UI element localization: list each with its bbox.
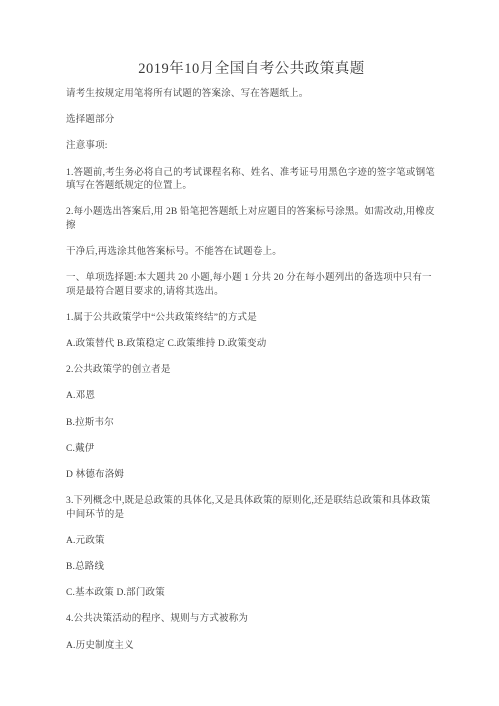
exam-document-page: 2019年10月全国自考公共政策真题 请考生按规定用笔将所有试题的答案涂、写在答… — [0, 0, 499, 706]
question-2-option-c: C.戴伊 — [66, 443, 437, 457]
question-4-option-a: A.历史制度主义 — [66, 640, 437, 654]
notes-label: 注意事项: — [66, 140, 437, 154]
exam-title: 2019年10月全国自考公共政策真题 — [66, 60, 437, 79]
question-4-stem: 4.公共决策活动的程序、规则与方式被称为 — [66, 613, 437, 627]
question-2-option-b: B.拉斯韦尔 — [66, 417, 437, 431]
question-1-options: A.政策替代 B.政策稳定 C.政策维持 D.政策变动 — [66, 338, 437, 352]
question-3-option-b: B.总路线 — [66, 561, 437, 575]
note-item-1: 1.答题前,考生务必将自己的考试课程名称、姓名、准考证号用黑色字迹的签字笔或钢笔… — [66, 167, 437, 194]
question-3-option-a: A.元政策 — [66, 535, 437, 549]
question-2-stem: 2.公共政策学的创立者是 — [66, 364, 437, 378]
question-1-stem: 1.属于公共政策学中“公共政策终结”的方式是 — [66, 312, 437, 326]
question-3-options-cd: C.基本政策 D.部门政策 — [66, 587, 437, 601]
question-2-option-d: D 林德布洛姆 — [66, 469, 437, 483]
question-2-option-a: A.邓恩 — [66, 390, 437, 404]
section-one-header: 一、单项选择题:本大题共 20 小题,每小题 1 分共 20 分在每小题列出的备… — [66, 272, 437, 299]
note-item-2: 2.每小题选出答案后,用 2B 铅笔把答题纸上对应题目的答案标号涂黑。如需改动,… — [66, 206, 437, 233]
question-3-stem: 3.下列概念中,既是总政策的具体化,又是具体政策的原则化,还是联结总政策和具体政… — [66, 495, 437, 522]
answer-sheet-instruction: 请考生按规定用笔将所有试题的答案涂、写在答题纸上。 — [66, 88, 437, 102]
section-part-label: 选择题部分 — [66, 114, 437, 128]
note-item-2-continued: 干净后,再选涂其他答案标号。不能答在试题卷上。 — [66, 246, 437, 260]
